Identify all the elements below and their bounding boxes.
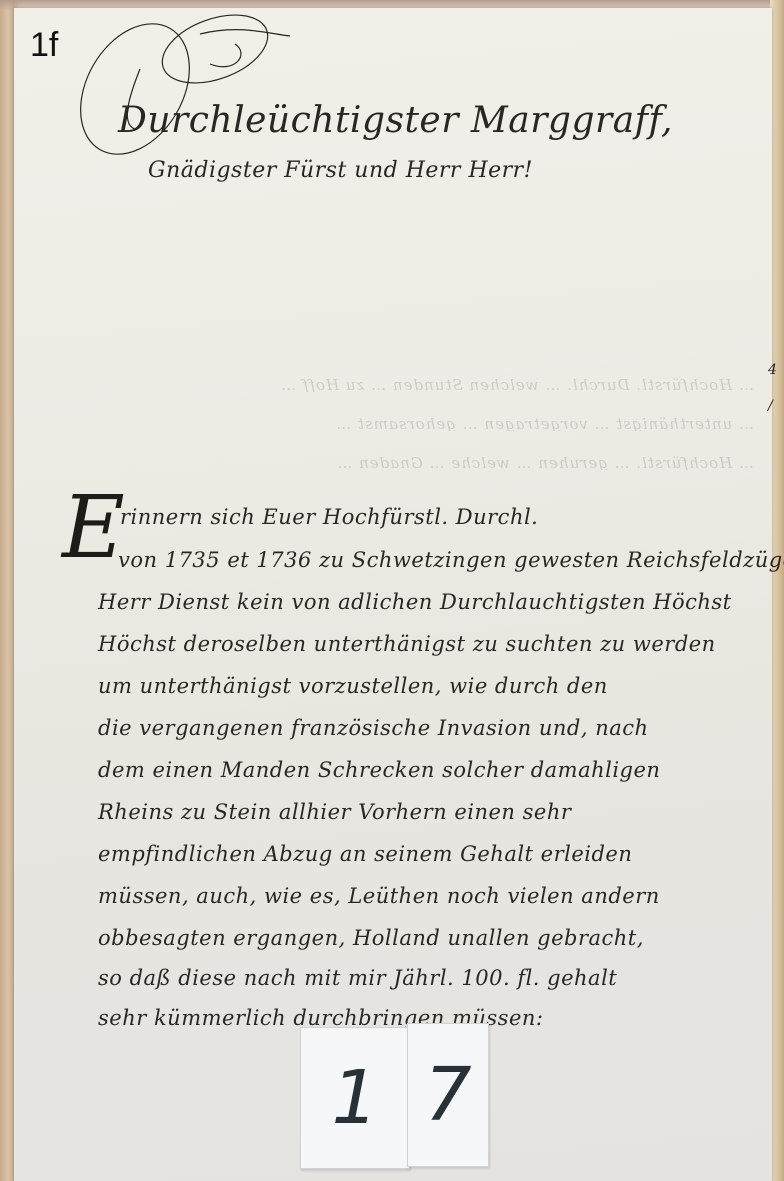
body-line: Herr Dienst kein von adlichen Durchlauch… bbox=[98, 590, 732, 614]
body-line: um unterthänigst vorzustellen, wie durch… bbox=[98, 674, 608, 698]
bleed-through-line: … Hochfürstl. … geruhen … welche … Gnade… bbox=[54, 454, 754, 470]
right-page-edge bbox=[770, 0, 784, 1181]
salutation-line-1: Durchleüchtigster Marggraff, bbox=[118, 100, 673, 141]
folio-label: 1f bbox=[30, 28, 58, 62]
page-number-card-right: 7 bbox=[407, 1023, 489, 1167]
page-number-digit: 1 bbox=[331, 1055, 378, 1141]
body-line: obbesagten ergangen, Holland unallen geb… bbox=[98, 926, 644, 950]
page-number-card-left: 1 bbox=[300, 1027, 410, 1169]
page-number-digit: 7 bbox=[424, 1052, 471, 1138]
body-line: Höchst deroselben unterthänigst zu sucht… bbox=[98, 632, 716, 656]
bleed-through-line: … Hochfürstl. Durchl. … welchen Stunden … bbox=[54, 376, 754, 392]
body-line: von 1735 et 1736 zu Schwetzingen geweste… bbox=[118, 548, 784, 572]
body-line: empfindlichen Abzug an seinem Gehalt erl… bbox=[98, 842, 632, 866]
body-line: so daß diese nach mit mir Jährl. 100. fl… bbox=[98, 966, 617, 990]
bleed-through-line: … unterthänigst … vorgetragen … gehorsam… bbox=[54, 415, 754, 431]
body-line: dem einen Manden Schrecken solcher damah… bbox=[98, 758, 660, 782]
initial-capital: E bbox=[62, 485, 125, 571]
body-line: die vergangenen französische Invasion un… bbox=[98, 716, 649, 740]
body-line: Rheins zu Stein allhier Vorhern einen se… bbox=[98, 800, 571, 824]
body-line: rinnern sich Euer Hochfürstl. Durchl. bbox=[120, 505, 538, 529]
margin-note: / bbox=[768, 398, 773, 414]
body-line: müssen, auch, wie es, Leüthen noch viele… bbox=[98, 884, 660, 908]
margin-note: 4 bbox=[768, 362, 777, 378]
salutation-line-2: Gnädigster Fürst und Herr Herr! bbox=[148, 158, 533, 183]
